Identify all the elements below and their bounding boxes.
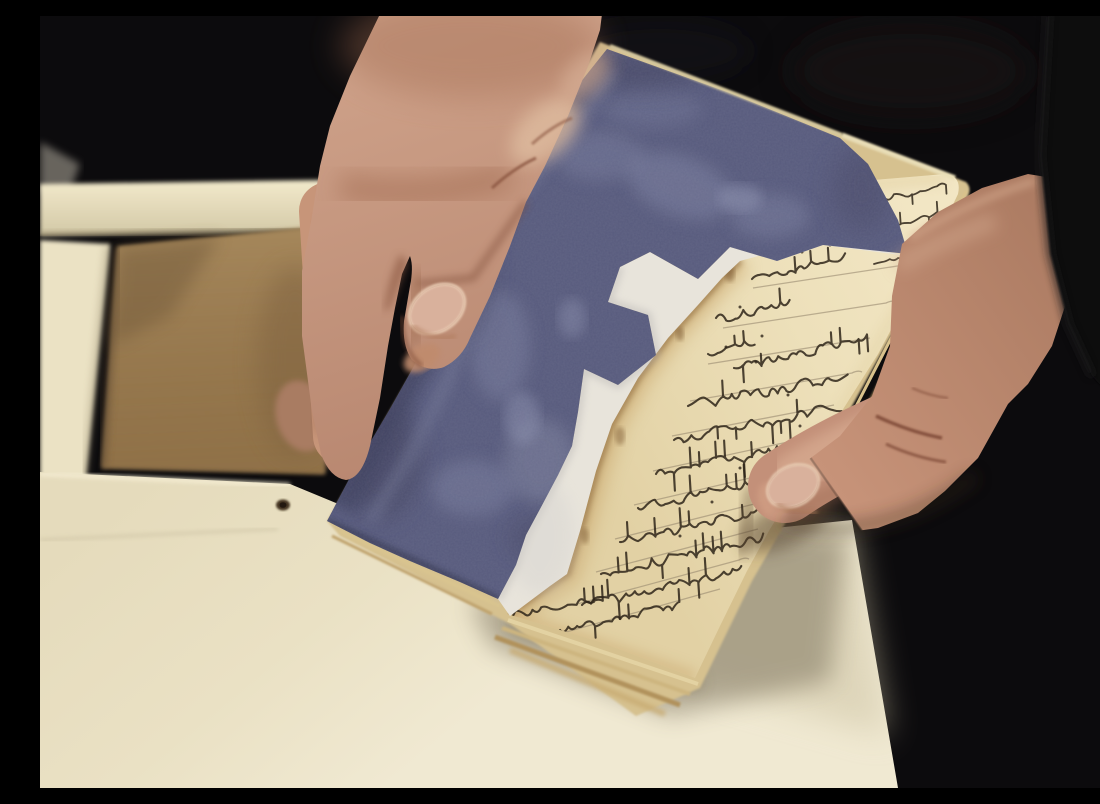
lid-hole (276, 500, 290, 511)
photograph-notebook-manuscript: Hands holding a torn notebook with handw… (40, 16, 1100, 788)
photo-canvas: Hands holding a torn notebook with handw… (40, 16, 1100, 788)
